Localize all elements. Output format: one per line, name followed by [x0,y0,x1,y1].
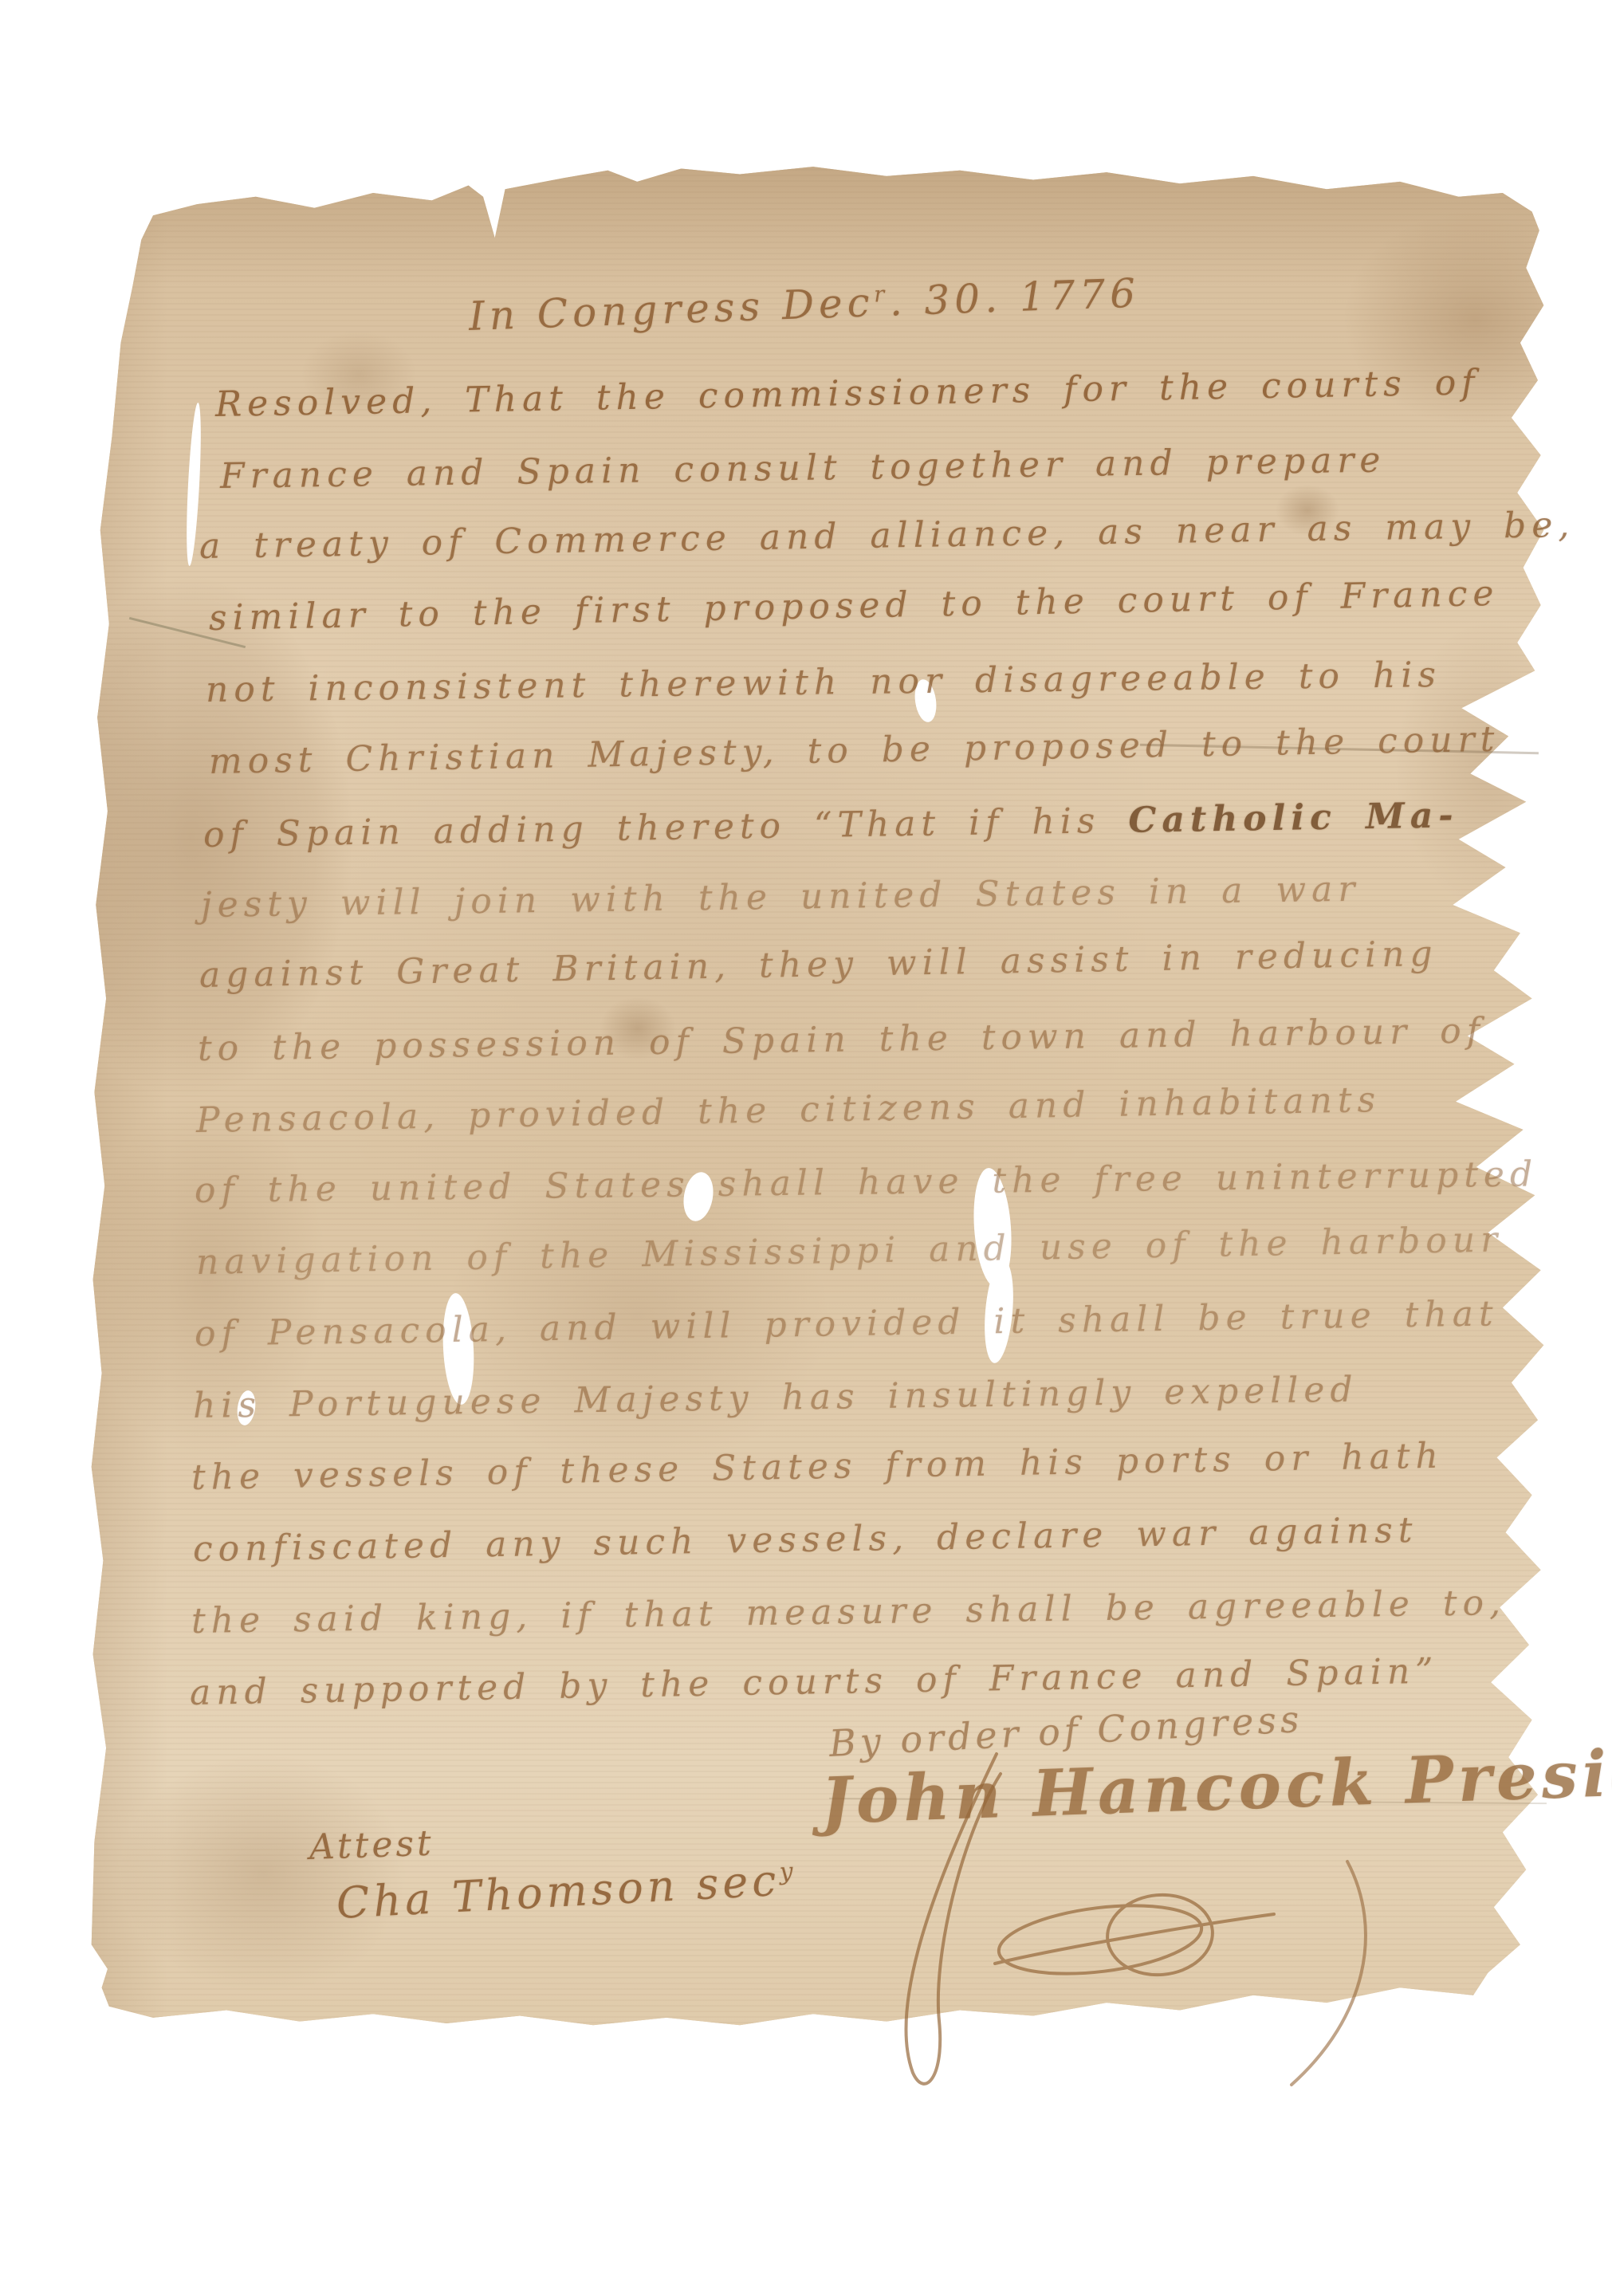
manuscript-line-emphasis: Catholic Ma- [1128,795,1459,841]
photo-background: In Congress Decr. 30. 1776 Resolved, Tha… [0,0,1612,2296]
thomson-signature-superscript: y [779,1858,798,1886]
attest-label: Attest [309,1823,434,1868]
heading-text-suffix: . 30. 1776 [889,270,1141,325]
heading-superscript: r [874,281,890,308]
signature-descender-icon [1228,1858,1435,2097]
